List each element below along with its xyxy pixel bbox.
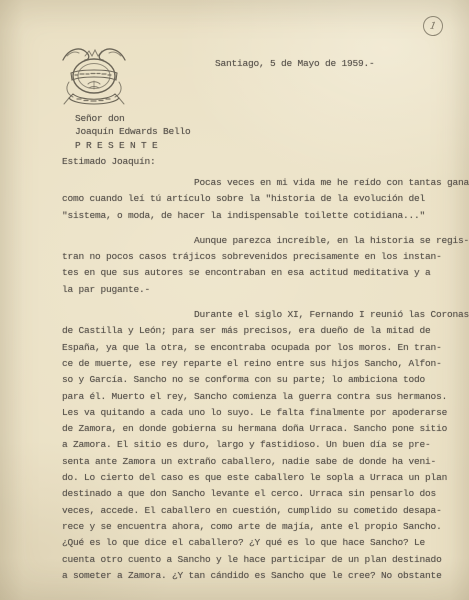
letter-line: de Castilla y León; para ser más preciso… <box>62 323 462 339</box>
letter-line: cuenta otro cuento a Sancho y le hace pa… <box>62 552 462 568</box>
letter-line: ce de muerte, ese rey reparte el reino e… <box>62 356 462 372</box>
letter-line: so y García. Sancho no se conforma con s… <box>62 372 462 388</box>
letter-line: Pocas veces en mi vida me he reído con t… <box>62 175 462 191</box>
dateline: Santiago, 5 de Mayo de 1959.- <box>215 58 375 69</box>
letter-line: ¿Qué es lo que dice el caballero? ¿Y qué… <box>62 535 462 551</box>
letter-page: 1 Santiago, 5 de Mayo de 1959.- Señor do… <box>0 0 469 600</box>
letter-line: Durante el siglo XI, Fernando I reunió l… <box>62 307 462 323</box>
paragraph: Pocas veces en mi vida me he reído con t… <box>62 175 462 224</box>
recipient-block: Señor don Joaquín Edwards Bello P R E S … <box>75 112 191 152</box>
recipient-title: Señor don <box>75 112 191 125</box>
letter-line: do. Lo cierto del caso es que este cabal… <box>62 470 462 486</box>
letter-line: a someter a Zamora. ¿Y tan cándido es Sa… <box>62 568 462 584</box>
letter-line: veces, accede. El caballero en cuestión,… <box>62 503 462 519</box>
letter-line: de Zamora, en donde gobierna su hermana … <box>62 421 462 437</box>
letter-line: rece y se encuentra ahora, como arte de … <box>62 519 462 535</box>
letter-line: la par pugante.- <box>62 282 462 298</box>
letter-line: España, ya que la otra, se encontraba oc… <box>62 340 462 356</box>
letter-line: como cuando leí tú artículo sobre la "hi… <box>62 191 462 207</box>
letter-line: a Zamora. El sitio es duro, largo y fast… <box>62 437 462 453</box>
letter-line: "sistema, o moda, de hacer la indispensa… <box>62 208 462 224</box>
letter-body: Pocas veces en mi vida me he reído con t… <box>62 175 462 593</box>
recipient-presente: P R E S E N T E <box>75 139 191 152</box>
letter-line: tes en que sus autores se encontraban en… <box>62 265 462 281</box>
letter-line: tran no pocos casos trájicos sobrevenido… <box>62 249 462 265</box>
letter-line: destinado a que don Sancho levante el ce… <box>62 486 462 502</box>
recipient-name: Joaquín Edwards Bello <box>75 125 191 138</box>
letterhead-crest-icon <box>55 44 133 114</box>
paragraph: Durante el siglo XI, Fernando I reunió l… <box>62 307 462 584</box>
letter-line: senta ante Zamora un extraño caballero, … <box>62 454 462 470</box>
letter-line: Les va quitando a cada uno lo suyo. Le f… <box>62 405 462 421</box>
paragraph: Aunque parezca increíble, en la historia… <box>62 233 462 298</box>
salutation: Estimado Joaquín: <box>62 156 156 167</box>
page-number: 1 <box>421 14 444 37</box>
letter-line: para él. Muerto el rey, Sancho comienza … <box>62 389 462 405</box>
letter-line: Aunque parezca increíble, en la historia… <box>62 233 462 249</box>
